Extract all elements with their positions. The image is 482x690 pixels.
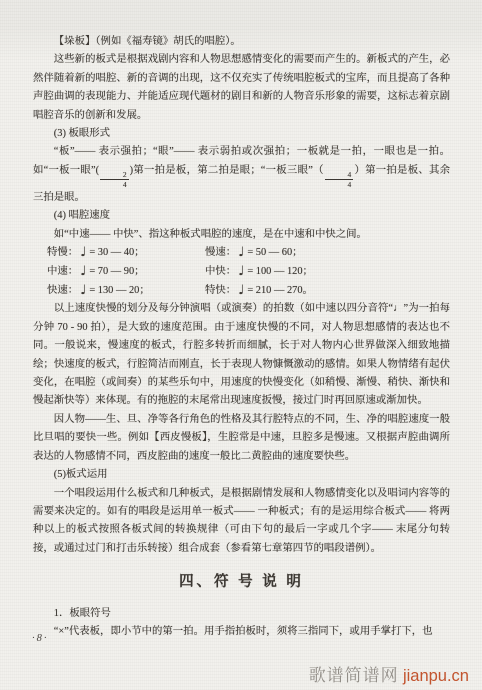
paragraph-role-speeds: 因人物——生、旦、净等各行角色的性格及其行腔特点的不同，生、净的唱腔速度一般比旦… (33, 411, 450, 466)
paragraph-banyan-form: “板”—— 表示强拍；“眼”—— 表示弱拍或次强拍；一板就是一拍，一眼也是一拍。… (33, 143, 450, 207)
paragraph-ban-symbol: “×”代表板，即小节中的第一拍。用手指拍板时，须将三指同下，或用手掌打下，也 (33, 623, 450, 641)
tempo-item-zhongkuai: 中快：♩= 100 — 120； (205, 263, 450, 282)
section-heading-symbols: 四、符 号 说 明 (33, 573, 450, 591)
tempo-label: 特快： (205, 285, 236, 296)
tempo-value: = 30 — 40； (89, 247, 144, 258)
tempo-label: 慢速： (205, 247, 236, 258)
content-column: 【垛板】（例如《福寿镜》胡氏的唱腔）。 这些新的板式是根据戏剧内容和人物思想感情… (33, 33, 450, 641)
heading-banshi-usage: (5)板式运用 (33, 466, 450, 484)
time-signature-2-4: 24 (100, 171, 129, 189)
heading-vocal-speed: (4) 唱腔速度 (33, 207, 450, 225)
tempo-item-zhongsu: 中速：♩= 70 — 90； (47, 263, 205, 282)
fraction-denominator: 4 (102, 180, 127, 189)
tempo-label: 快速： (47, 285, 78, 296)
paragraph-speed-division: 以上速度快慢的划分及每分钟演唱（或演奏）的拍数（如中速以四分音符“♩”为一拍每分… (33, 300, 450, 410)
tempo-label: 中速： (47, 266, 78, 277)
tempo-item-kuaisu: 快速：♩= 130 — 20； (47, 282, 205, 301)
fraction-numerator: 2 (100, 171, 129, 181)
watermark: 歌谱简谱网 jianpu.cn (309, 661, 469, 686)
paragraph-duoban: 【垛板】（例如《福寿镜》胡氏的唱腔）。 (33, 33, 450, 51)
tempo-value: = 130 — 20； (89, 285, 149, 296)
tempo-value: = 210 — 270。 (247, 285, 313, 296)
paragraph-new-banshi: 这些新的板式是根据戏剧内容和人物思想感情变化的需要而产生的。新板式的产生，必然伴… (33, 51, 450, 125)
quarter-note-icon: ♩ (238, 265, 244, 278)
watermark-site-name: 歌谱简谱网 (309, 666, 399, 685)
tempo-value: = 70 — 90； (89, 266, 144, 277)
line-speed-example: 如“中速—— 中快”、指这种板式唱腔的速度，是在中速和中快之间。 (33, 226, 450, 244)
tempo-item-tenman: 特慢：♩= 30 — 40； (47, 244, 205, 263)
paragraph-banshi-usage: 一个唱段运用什么板式和几种板式，是根据剧情发展和人物感情变化以及唱词内容等的需要… (33, 485, 450, 559)
tempo-item-tekuai: 特快：♩= 210 — 270。 (205, 282, 450, 301)
quarter-note-icon: ♩ (238, 246, 244, 259)
heading-banyan-form: (3) 板眼形式 (33, 125, 450, 143)
page-number: ·8· (32, 633, 49, 644)
tempo-label: 特慢： (47, 247, 78, 258)
quarter-note-icon: ♩ (80, 246, 86, 259)
tempo-item-mansu: 慢速：♩= 50 — 60； (205, 244, 450, 263)
subheading-banyan-symbols: 1．板眼符号 (33, 605, 450, 623)
fraction-numerator: 4 (325, 171, 354, 181)
time-signature-4-4: 44 (325, 171, 354, 189)
quarter-note-icon: ♩ (238, 284, 244, 297)
quarter-note-icon: ♩ (80, 265, 86, 278)
tempo-label: 中快： (205, 266, 236, 277)
scanned-book-page: 【垛板】（例如《福寿镜》胡氏的唱腔）。 这些新的板式是根据戏剧内容和人物思想感情… (0, 0, 482, 690)
banyan-text-2: )第一拍是板，第二拍是眼；“一板三眼”（ (130, 165, 324, 176)
tempo-value: = 100 — 120； (247, 266, 313, 277)
quarter-note-icon: ♩ (80, 284, 86, 297)
watermark-site-url: jianpu.cn (403, 667, 469, 685)
tempo-value: = 50 — 60； (247, 247, 302, 258)
tempo-list: 特慢：♩= 30 — 40； 慢速：♩= 50 — 60； 中速：♩= 70 —… (47, 244, 450, 300)
fraction-denominator: 4 (327, 180, 352, 189)
